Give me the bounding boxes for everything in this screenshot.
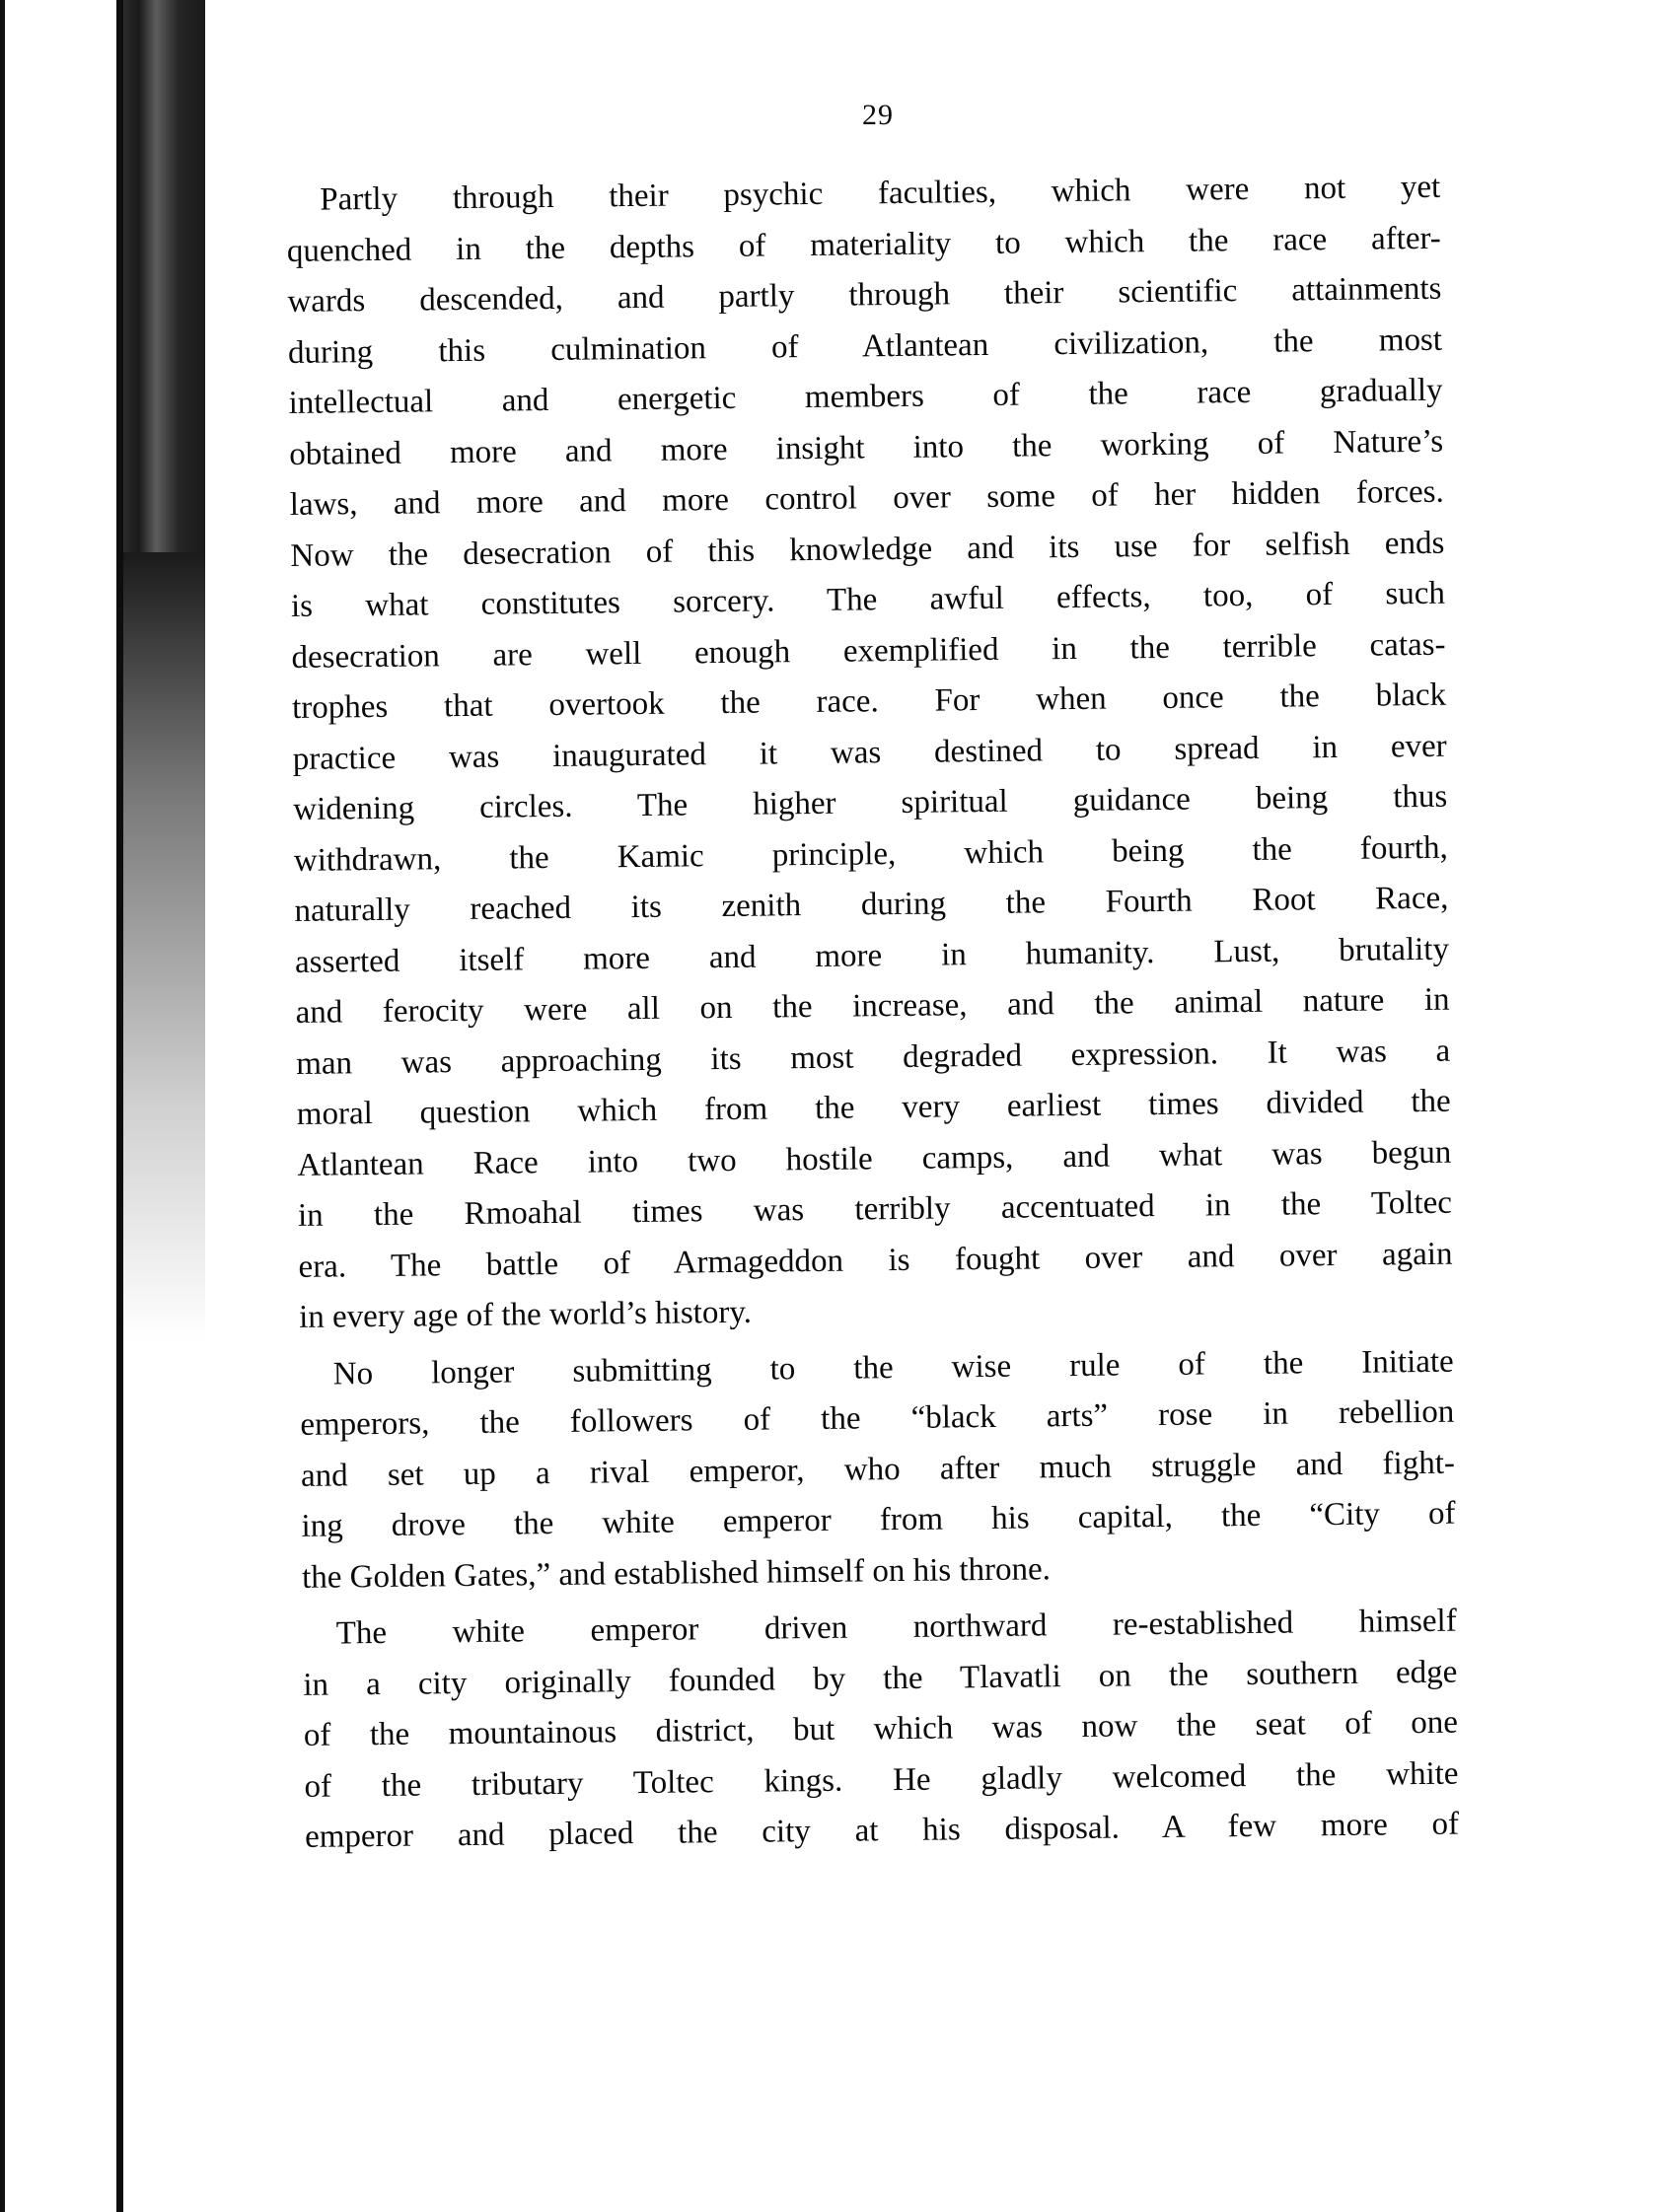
book-binding-gutter (99, 0, 207, 2212)
page-body: Partly through their psychic faculties, … (286, 162, 1488, 1863)
paragraph: Partly through their psychic faculties, … (286, 163, 1453, 1344)
book-page: 29 Partly through their psychic facultie… (286, 99, 1470, 1864)
gutter-spine-line (116, 0, 123, 2212)
paragraph: No longer submitting to the wise rule of… (300, 1336, 1457, 1604)
gutter-shadow (116, 0, 205, 552)
gutter-shadow-fade (116, 552, 205, 1341)
paragraph: The white emperor driven northward re-es… (302, 1597, 1459, 1864)
scan-left-edge (0, 0, 5, 2212)
page-number: 29 (286, 99, 1470, 132)
